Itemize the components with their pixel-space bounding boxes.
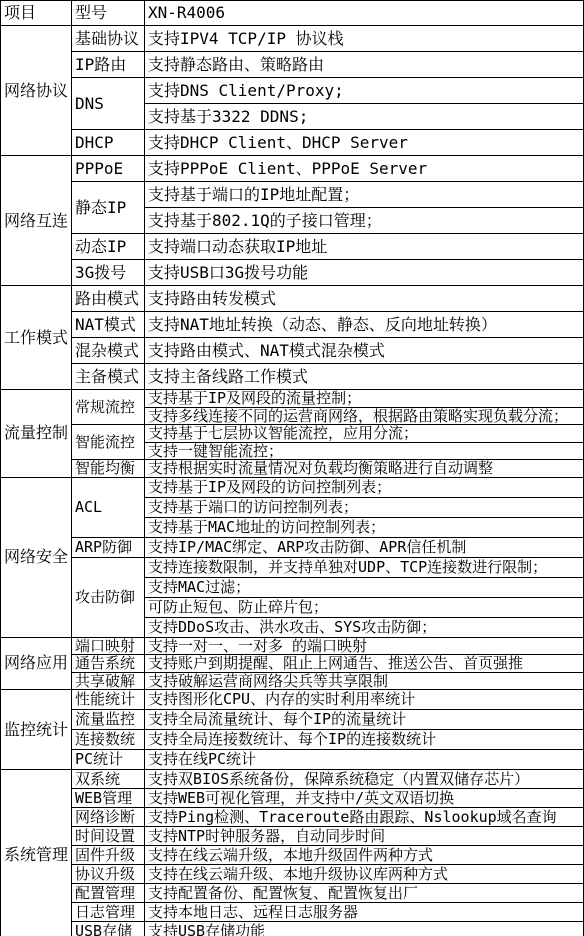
spec-desc-cell: 支持主备线路工作模式 — [145, 364, 584, 390]
table-row: 智能均衡支持根据实时流量情况对负载均衡策略进行自动调整 — [1, 460, 584, 478]
spec-desc-cell: 支持双BIOS系统备份，保障系统稳定（内置双储存芯片） — [145, 770, 584, 789]
spec-table: 项目 型号 XN-R4006 网络协议基础协议支持IPV4 TCP/IP 协议栈… — [0, 0, 584, 936]
feature-cell: NAT模式 — [72, 312, 145, 338]
table-row: 动态IP支持端口动态获取IP地址 — [1, 234, 584, 260]
spec-desc-cell: 支持全局流量统计、每个IP的流量统计 — [145, 710, 584, 730]
table-row: PC统计支持在线PC统计 — [1, 750, 584, 770]
table-row: 配置管理支持配置备份、配置恢复、配置恢复出厂 — [1, 884, 584, 903]
table-row: DHCP支持DHCP Client、DHCP Server — [1, 130, 584, 156]
spec-desc-cell: 支持基于3322 DDNS; — [145, 104, 584, 130]
table-row: 网络互连PPPoE支持PPPoE Client、PPPoE Server — [1, 156, 584, 182]
spec-desc-cell: 支持WEB可视化管理，并支持中/英文双语切换 — [145, 789, 584, 808]
feature-cell: PC统计 — [72, 750, 145, 770]
table-row: 工作模式路由模式支持路由转发模式 — [1, 286, 584, 312]
spec-desc-cell: 支持配置备份、配置恢复、配置恢复出厂 — [145, 884, 584, 903]
spec-desc-cell: 支持USB口3G拨号功能 — [145, 260, 584, 286]
table-row: 网络协议基础协议支持IPV4 TCP/IP 协议栈 — [1, 26, 584, 52]
table-row: 静态IP支持基于端口的IP地址配置； — [1, 182, 584, 208]
spec-desc-cell: 支持NAT地址转换（动态、静态、反向地址转换） — [145, 312, 584, 338]
feature-cell: 智能流控 — [72, 425, 145, 460]
feature-cell: IP路由 — [72, 52, 145, 78]
spec-desc-cell: 支持路由模式、NAT模式混杂模式 — [145, 338, 584, 364]
spec-desc-cell: 支持基于MAC地址的访问控制列表； — [145, 517, 584, 537]
spec-desc-cell: 支持破解运营商网络尖兵等共享限制 — [145, 672, 584, 690]
table-row: 主备模式支持主备线路工作模式 — [1, 364, 584, 390]
feature-cell: 智能均衡 — [72, 460, 145, 478]
feature-cell: 3G拨号 — [72, 260, 145, 286]
spec-desc-cell: 支持基于端口的访问控制列表； — [145, 497, 584, 517]
feature-cell: 流量监控 — [72, 710, 145, 730]
spec-desc-cell: 支持USB存储功能 — [145, 922, 584, 936]
feature-cell: DNS — [72, 78, 145, 130]
table-row: 日志管理支持本地日志、远程日志服务器 — [1, 903, 584, 922]
table-header-row: 项目 型号 XN-R4006 — [1, 1, 584, 26]
feature-cell: 静态IP — [72, 182, 145, 234]
feature-cell: 通告系统 — [72, 655, 145, 673]
spec-desc-cell: 支持多线连接不同的运营商网络，根据路由策略实现负载分流； — [145, 407, 584, 425]
table-row: 流量监控支持全局流量统计、每个IP的流量统计 — [1, 710, 584, 730]
spec-desc-cell: 支持路由转发模式 — [145, 286, 584, 312]
feature-cell: 动态IP — [72, 234, 145, 260]
spec-desc-cell: 支持基于七层协议智能流控，应用分流； — [145, 425, 584, 443]
spec-desc-cell: 支持DNS Client/Proxy; — [145, 78, 584, 104]
table-row: 网络安全ACL支持基于IP及网段的访问控制列表； — [1, 477, 584, 497]
table-row: ARP防御支持IP/MAC绑定、ARP攻击防御、APR信任机制 — [1, 537, 584, 557]
spec-desc-cell: 支持连接数限制，并支持单独对UDP、TCP连接数进行限制； — [145, 557, 584, 577]
spec-table-body: 网络协议基础协议支持IPV4 TCP/IP 协议栈IP路由支持静态路由、策略路由… — [1, 26, 584, 936]
table-row: 协议升级支持在线云端升级、本地升级协议库两种方式 — [1, 865, 584, 884]
spec-desc-cell: 支持静态路由、策略路由 — [145, 52, 584, 78]
feature-cell: 共享破解 — [72, 672, 145, 690]
spec-desc-cell: 支持MAC过滤； — [145, 577, 584, 597]
feature-cell: 性能统计 — [72, 690, 145, 710]
spec-desc-cell: 支持基于IP及网段的流量控制； — [145, 390, 584, 408]
feature-cell: PPPoE — [72, 156, 145, 182]
spec-desc-cell: 支持根据实时流量情况对负载均衡策略进行自动调整 — [145, 460, 584, 478]
feature-cell: 常规流控 — [72, 390, 145, 425]
feature-cell: 固件升级 — [72, 846, 145, 865]
section-cell: 工作模式 — [1, 286, 72, 390]
section-cell: 系统管理 — [1, 770, 72, 936]
section-cell: 网络应用 — [1, 637, 72, 690]
table-row: 时间设置支持NTP时钟服务器，自动同步时间 — [1, 827, 584, 846]
table-row: 固件升级支持在线云端升级，本地升级固件两种方式 — [1, 846, 584, 865]
spec-desc-cell: 支持账户到期提醒、阻止上网通告、推送公告、首页强推 — [145, 655, 584, 673]
spec-desc-cell: 支持IPV4 TCP/IP 协议栈 — [145, 26, 584, 52]
header-model-col: 型号 — [72, 1, 145, 26]
table-row: 网络诊断支持Ping检测、Traceroute路由跟踪、Nslookup域名查询 — [1, 808, 584, 827]
feature-cell: 时间设置 — [72, 827, 145, 846]
table-row: NAT模式支持NAT地址转换（动态、静态、反向地址转换） — [1, 312, 584, 338]
feature-cell: DHCP — [72, 130, 145, 156]
spec-desc-cell: 支持DDoS攻击、洪水攻击、SYS攻击防御； — [145, 617, 584, 637]
feature-cell: 路由模式 — [72, 286, 145, 312]
table-row: 系统管理双系统支持双BIOS系统备份，保障系统稳定（内置双储存芯片） — [1, 770, 584, 789]
feature-cell: 日志管理 — [72, 903, 145, 922]
spec-desc-cell: 支持在线云端升级、本地升级协议库两种方式 — [145, 865, 584, 884]
table-row: 通告系统支持账户到期提醒、阻止上网通告、推送公告、首页强推 — [1, 655, 584, 673]
feature-cell: 配置管理 — [72, 884, 145, 903]
table-row: 网络应用端口映射支持一对一、一对多 的端口映射 — [1, 637, 584, 655]
section-cell: 流量控制 — [1, 390, 72, 478]
spec-sheet-page: 项目 型号 XN-R4006 网络协议基础协议支持IPV4 TCP/IP 协议栈… — [0, 0, 584, 936]
feature-cell: 攻击防御 — [72, 557, 145, 637]
feature-cell: 网络诊断 — [72, 808, 145, 827]
section-cell: 网络协议 — [1, 26, 72, 156]
section-cell: 监控统计 — [1, 690, 72, 770]
table-row: 连接数统支持全局连接数统计、每个IP的连接数统计 — [1, 730, 584, 750]
table-row: 智能流控支持基于七层协议智能流控，应用分流； — [1, 425, 584, 443]
feature-cell: ARP防御 — [72, 537, 145, 557]
spec-desc-cell: 支持端口动态获取IP地址 — [145, 234, 584, 260]
spec-desc-cell: 支持基于IP及网段的访问控制列表； — [145, 477, 584, 497]
spec-desc-cell: 支持一对一、一对多 的端口映射 — [145, 637, 584, 655]
spec-desc-cell: 支持在线云端升级，本地升级固件两种方式 — [145, 846, 584, 865]
table-row: 混杂模式支持路由模式、NAT模式混杂模式 — [1, 338, 584, 364]
spec-desc-cell: 支持IP/MAC绑定、ARP攻击防御、APR信任机制 — [145, 537, 584, 557]
header-item-col: 项目 — [1, 1, 72, 26]
feature-cell: 主备模式 — [72, 364, 145, 390]
spec-desc-cell: 支持PPPoE Client、PPPoE Server — [145, 156, 584, 182]
spec-desc-cell: 可防止短包、防止碎片包； — [145, 597, 584, 617]
spec-desc-cell: 支持图形化CPU、内存的实时利用率统计 — [145, 690, 584, 710]
feature-cell: 端口映射 — [72, 637, 145, 655]
feature-cell: 协议升级 — [72, 865, 145, 884]
spec-desc-cell: 支持NTP时钟服务器，自动同步时间 — [145, 827, 584, 846]
table-row: IP路由支持静态路由、策略路由 — [1, 52, 584, 78]
feature-cell: 基础协议 — [72, 26, 145, 52]
table-row: 流量控制常规流控支持基于IP及网段的流量控制； — [1, 390, 584, 408]
feature-cell: 混杂模式 — [72, 338, 145, 364]
spec-desc-cell: 支持本地日志、远程日志服务器 — [145, 903, 584, 922]
feature-cell: ACL — [72, 477, 145, 537]
header-model-value: XN-R4006 — [145, 1, 584, 26]
table-row: 共享破解支持破解运营商网络尖兵等共享限制 — [1, 672, 584, 690]
feature-cell: USB存储 — [72, 922, 145, 936]
feature-cell: 双系统 — [72, 770, 145, 789]
table-row: WEB管理支持WEB可视化管理，并支持中/英文双语切换 — [1, 789, 584, 808]
section-cell: 网络安全 — [1, 477, 72, 637]
table-row: 攻击防御支持连接数限制，并支持单独对UDP、TCP连接数进行限制； — [1, 557, 584, 577]
feature-cell: WEB管理 — [72, 789, 145, 808]
spec-desc-cell: 支持在线PC统计 — [145, 750, 584, 770]
spec-desc-cell: 支持一键智能流控； — [145, 442, 584, 460]
table-row: 3G拨号支持USB口3G拨号功能 — [1, 260, 584, 286]
spec-desc-cell: 支持DHCP Client、DHCP Server — [145, 130, 584, 156]
table-row: DNS支持DNS Client/Proxy; — [1, 78, 584, 104]
spec-desc-cell: 支持基于端口的IP地址配置； — [145, 182, 584, 208]
spec-desc-cell: 支持全局连接数统计、每个IP的连接数统计 — [145, 730, 584, 750]
table-row: USB存储支持USB存储功能 — [1, 922, 584, 936]
feature-cell: 连接数统 — [72, 730, 145, 750]
spec-desc-cell: 支持Ping检测、Traceroute路由跟踪、Nslookup域名查询 — [145, 808, 584, 827]
spec-desc-cell: 支持基于802.1Q的子接口管理； — [145, 208, 584, 234]
section-cell: 网络互连 — [1, 156, 72, 286]
table-row: 监控统计性能统计支持图形化CPU、内存的实时利用率统计 — [1, 690, 584, 710]
